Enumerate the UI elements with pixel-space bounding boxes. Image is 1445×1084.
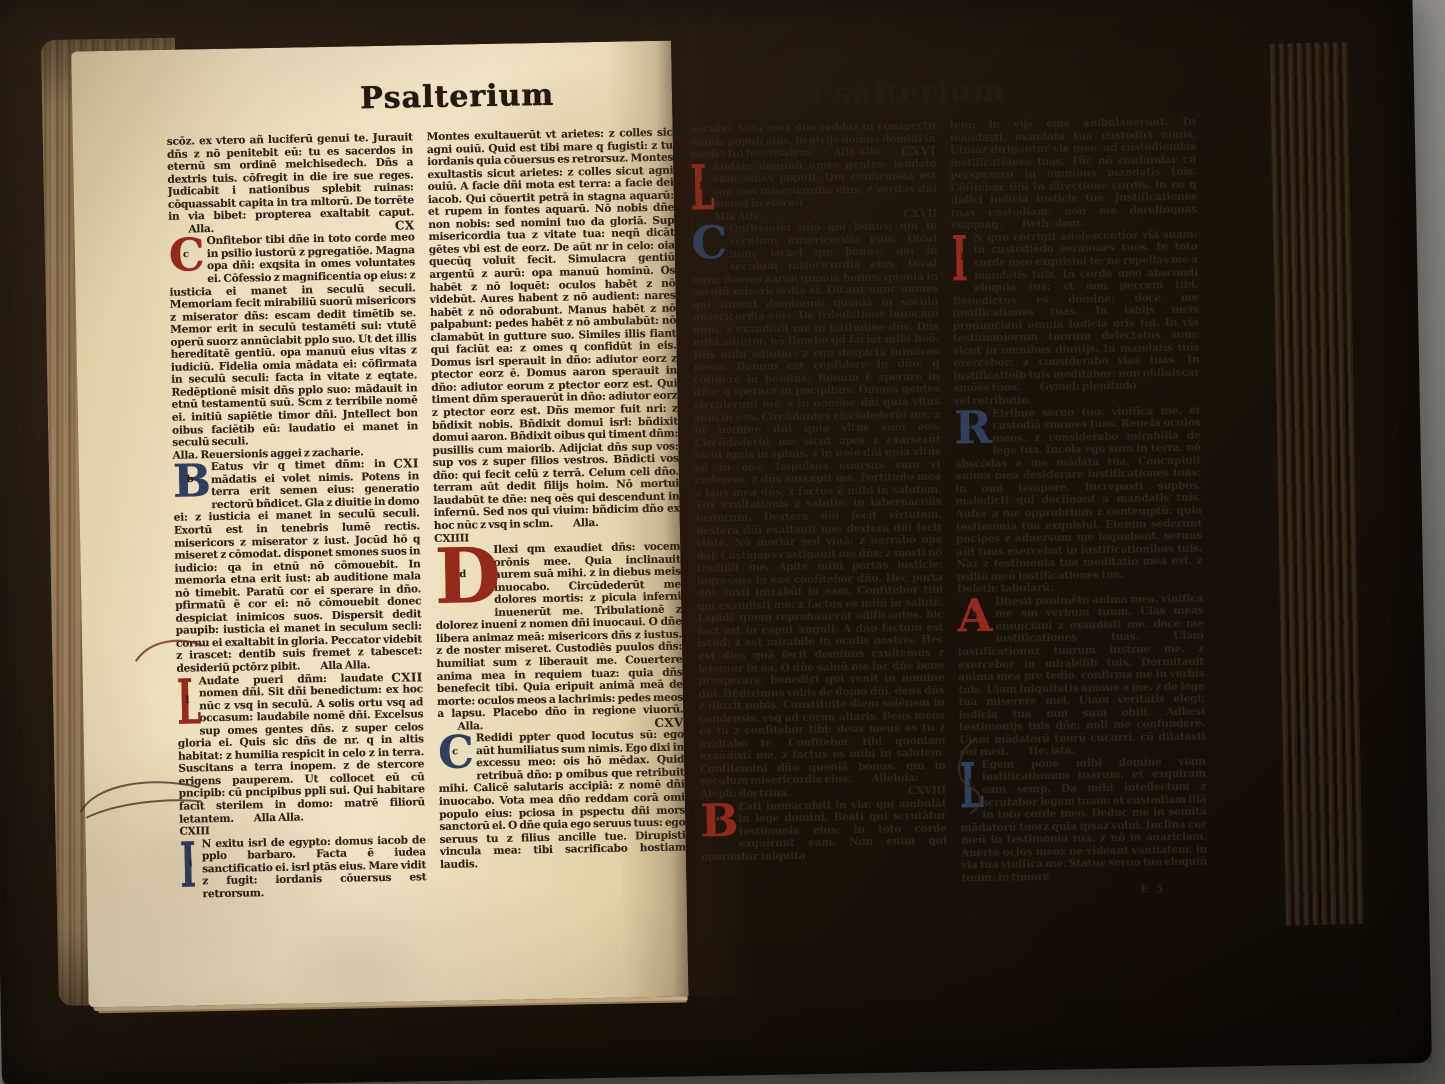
psalm-paragraph: IiN exitu isrl de egypto: domus iacob de…: [180, 834, 427, 901]
illuminated-initial-l: Ll: [690, 163, 708, 213]
illuminated-initial-c: Cc: [169, 238, 203, 275]
text-column: scōz. ex vtero añ luciferū genui te. Jur…: [167, 131, 427, 917]
illuminated-initial-b: Bb: [700, 802, 734, 839]
running-title-left: Psalterium: [72, 79, 672, 120]
illuminated-initial-c: Cc: [438, 735, 472, 772]
text-column: uocabo. Vota mea dño reddaz in conspectu…: [690, 120, 948, 906]
photograph-of-open-psalter: Psalterium scōz. ex vtero añ luciferū ge…: [0, 0, 1445, 1084]
text-paragraph: uocabo. Vota mea dño reddaz in conspectu…: [690, 120, 937, 161]
illuminated-initial-i: Ii: [180, 840, 198, 890]
psalm-paragraph: CXIILlAudate pueri dñm: laudate nomen dñ…: [177, 671, 426, 826]
psalm-paragraph: BbEati immaculati in via: qui ambulāt in…: [700, 797, 947, 864]
signature-mark: E 5: [962, 883, 1208, 899]
text-column: Montes exultauerūt vt arietes: z colles …: [427, 127, 687, 913]
psalm-paragraph: CXIBbEatus vir q timet dñm: in mādatis e…: [173, 457, 423, 675]
illuminated-initial-a: Aa: [957, 598, 991, 635]
illuminated-initial-l: Ll: [960, 761, 978, 811]
running-title-right: Psalterium: [673, 72, 1273, 111]
right-fore-edge: [1269, 41, 1401, 925]
open-book: Psalterium scōz. ex vtero añ luciferū ge…: [0, 0, 1432, 1084]
right-page: Psalterium uocabo. Vota mea dño reddaz i…: [672, 40, 1286, 941]
psalm-paragraph: CcRedidi ppter quod locutus sū: ego aūt …: [438, 729, 686, 872]
psalm-paragraph: IiN quo corrigit adolescentior viā suam:…: [951, 228, 1200, 395]
illuminated-initial-l: Ll: [177, 677, 195, 727]
text-paragraph: Montes exultauerūt vt arietes: z colles …: [427, 127, 680, 533]
psalm-paragraph: AaDhesit pauimēto anima mea. viuifica me…: [957, 592, 1206, 759]
illuminated-initial-c: Cc: [691, 225, 725, 262]
left-page: Psalterium scōz. ex vtero añ luciferū ge…: [71, 41, 688, 1008]
text-column: tem: in vijs eius ambulauerunt. Tu manda…: [949, 116, 1207, 902]
left-page-text: scōz. ex vtero añ luciferū genui te. Jur…: [167, 127, 687, 918]
text-paragraph: scōz. ex vtero añ luciferū genui te. Jur…: [167, 131, 415, 236]
psalm-paragraph: CcOnfitemini dño qm bonus: qm in seculum…: [691, 220, 946, 788]
text-paragraph: tem: in vijs eius ambulauerunt. Tu manda…: [949, 116, 1197, 233]
psalm-paragraph: LlEgem pone mihi domine viam iustificati…: [960, 755, 1208, 884]
right-page-text: uocabo. Vota mea dño reddaz in conspectu…: [690, 116, 1208, 906]
illuminated-initial-i: Ii: [951, 234, 969, 284]
psalm-paragraph: RrEtribue seruo tuo. viuifica me. et cus…: [954, 404, 1203, 583]
psalm-paragraph: DdIlexi qm exaudiet dñs: vocem orōnis me…: [434, 541, 683, 734]
illuminated-initial-b: Bb: [173, 463, 207, 500]
psalm-paragraph: LlAudate dominū omes gentes: laudate eum…: [690, 157, 937, 211]
psalm-paragraph: CcOnfitebor tibi dñe in toto corde meo i…: [169, 232, 419, 450]
illuminated-initial-d: Dd: [434, 546, 489, 608]
illuminated-initial-r: Rr: [954, 409, 988, 446]
